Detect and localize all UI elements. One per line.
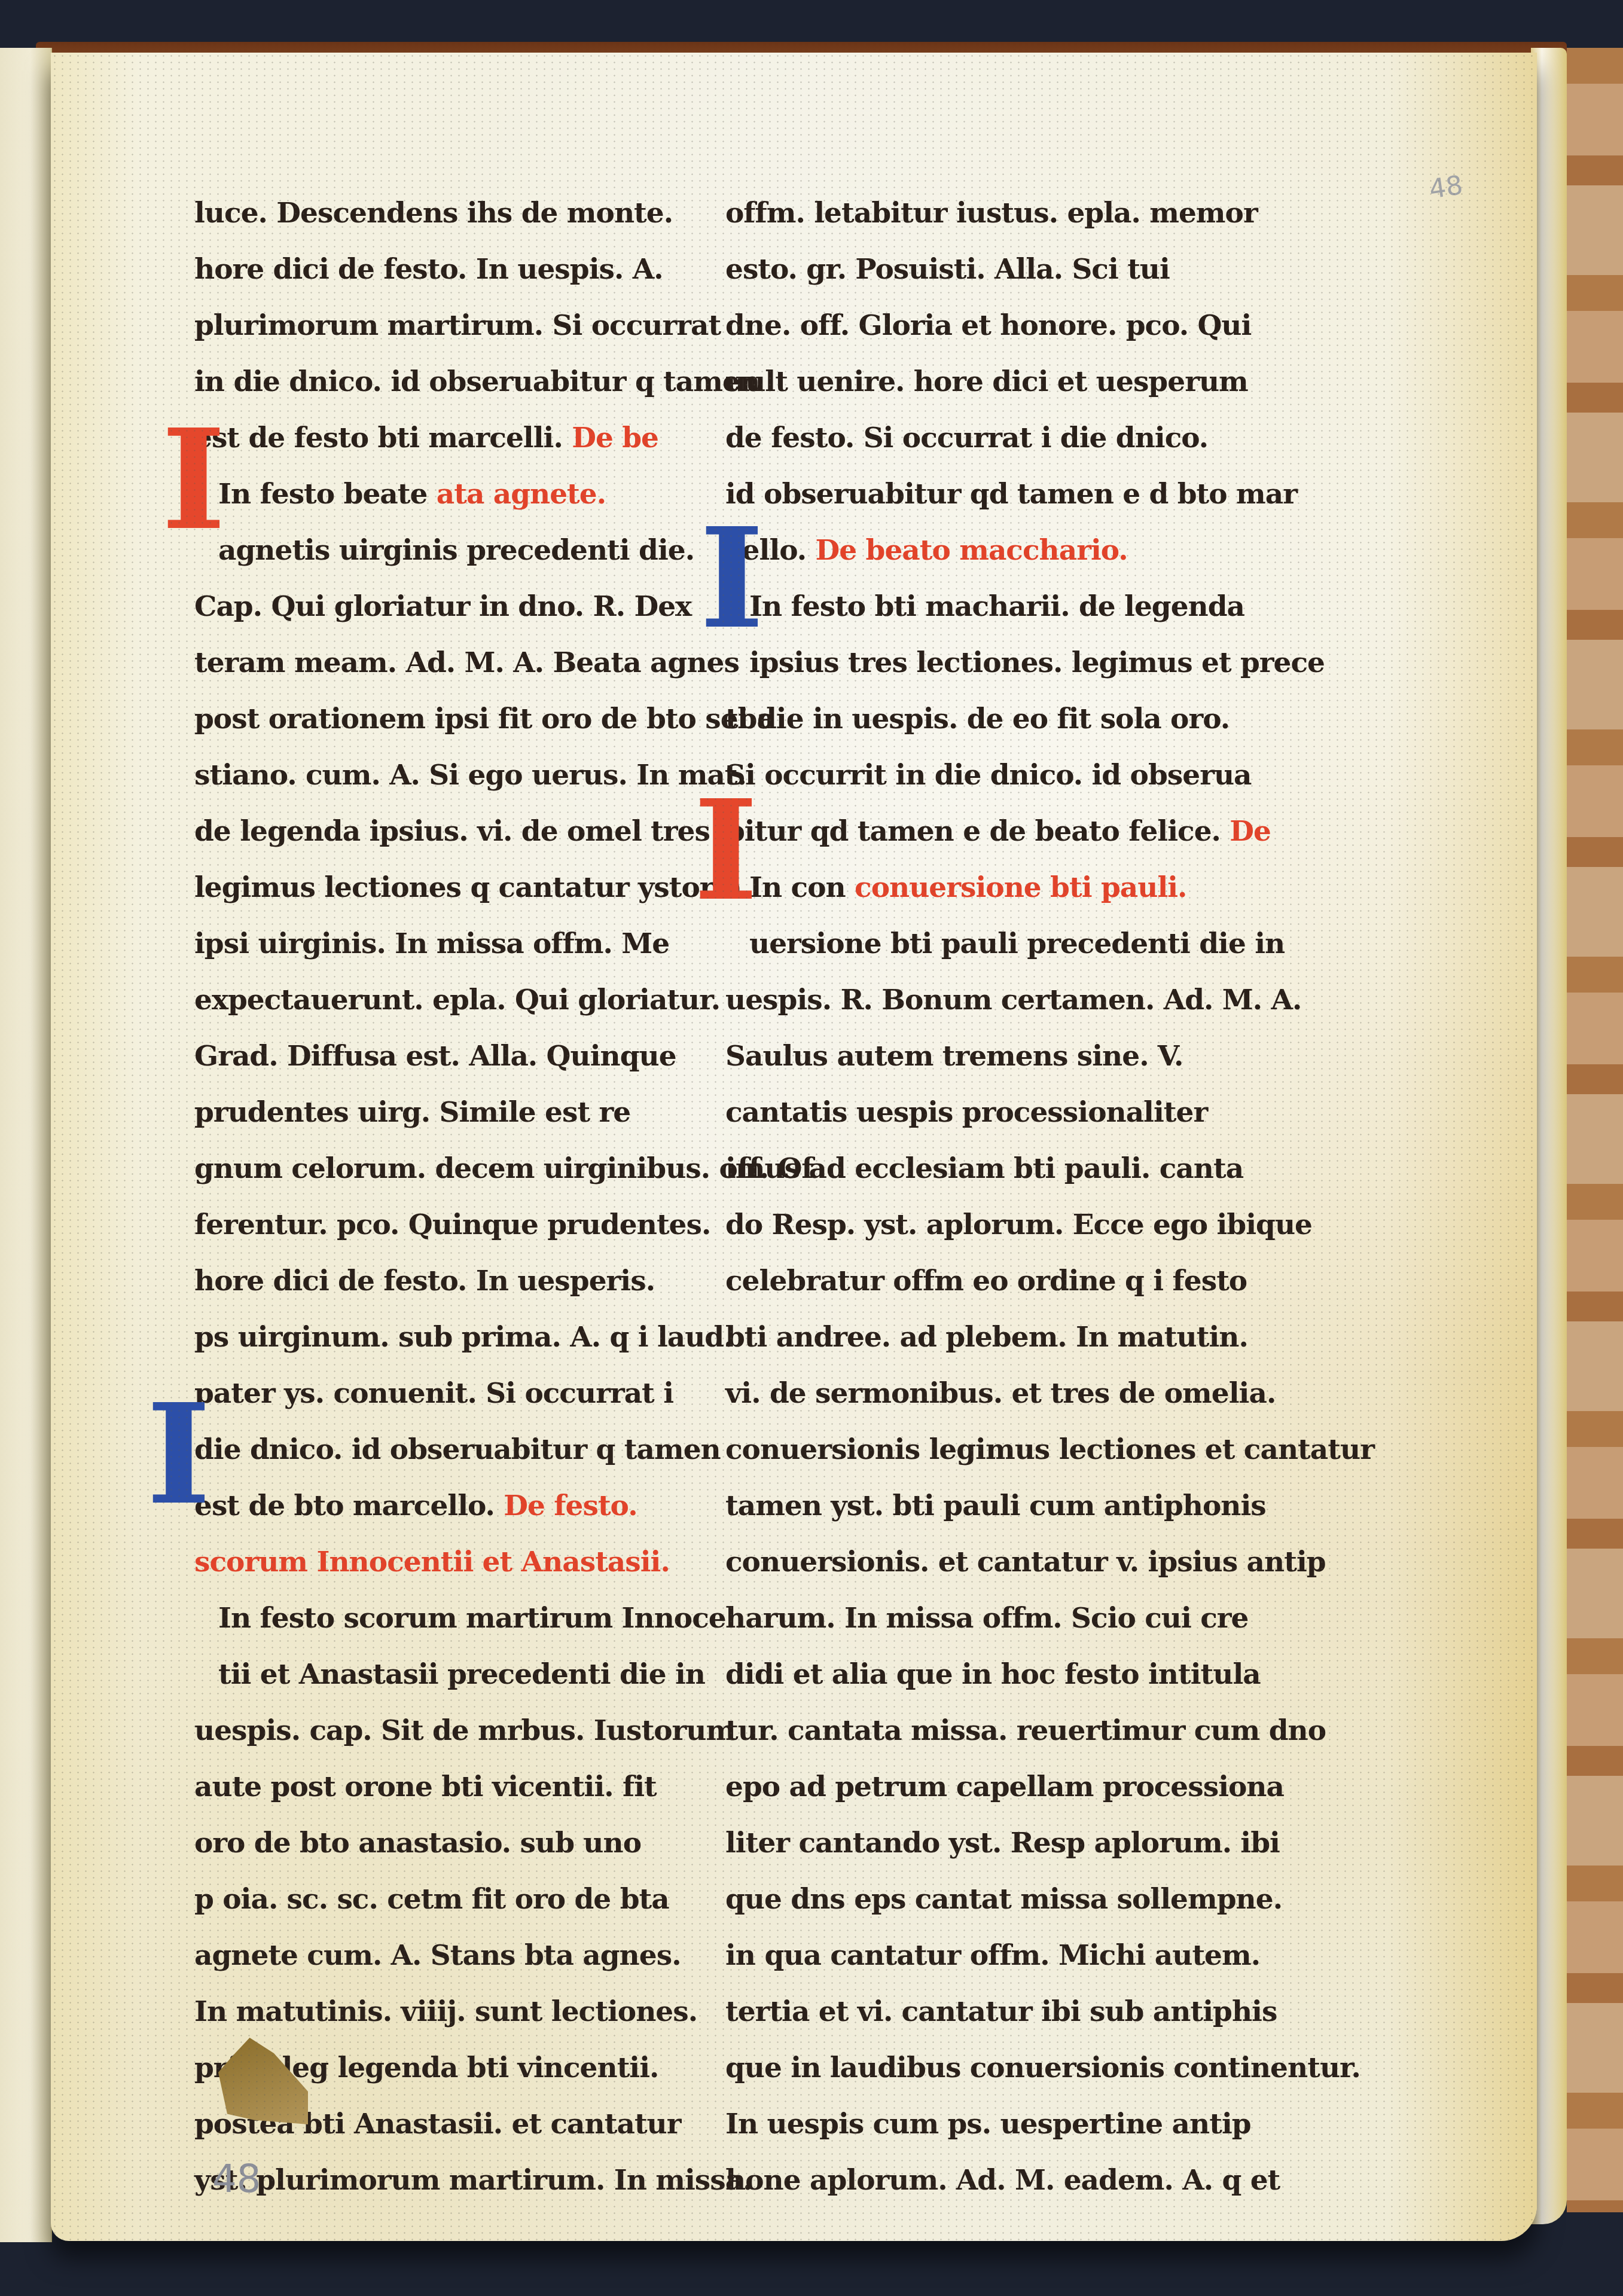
line-text: aute post orone bti vicentii. fit [194, 1770, 657, 1803]
line-text: expectauerunt. epla. Qui gloriatur. [194, 984, 720, 1016]
text-line: celebratur offm eo ordine q i festo [725, 1253, 1252, 1309]
line-text: hone aplorum. Ad. M. eadem. A. q et [725, 2164, 1280, 2197]
text-line: gnum celorum. decem uirginibus. off. Of [194, 1141, 721, 1197]
text-line: est de bto marcello. De festo. [194, 1478, 721, 1534]
text-line: Si occurrit in die dnico. id obserua [725, 747, 1252, 804]
rubric-text: De be [572, 422, 658, 454]
initial-letter-blue: I [147, 1386, 211, 1523]
text-line: conuersionis. et cantatur v. ipsius anti… [725, 1534, 1252, 1590]
line-text: ferentur. pco. Quinque prudentes. [194, 1208, 710, 1241]
line-text: gnum celorum. decem uirginibus. off. Of [194, 1152, 813, 1185]
line-text: Saulus autem tremens sine. V. [725, 1040, 1183, 1073]
foliation-number-top: 48 [1427, 170, 1465, 204]
line-text: hore dici de festo. In uesperis. [194, 1265, 655, 1297]
text-line: que in laudibus conuersionis continentur… [725, 2040, 1252, 2096]
rubric-text: scorum Innocentii et Anastasii. [194, 1546, 670, 1578]
line-text: In festo scorum martirum Innoce [218, 1602, 726, 1635]
line-text: ipsi uirginis. In missa offm. Me [194, 927, 669, 960]
text-line: de legenda ipsius. vi. de omel tres [194, 804, 721, 860]
line-text: Grad. Diffusa est. Alla. Quinque [194, 1040, 676, 1073]
text-line: In matutinis. viiij. sunt lectiones. [194, 1984, 721, 2040]
text-line: que dns eps cantat missa sollempne. [725, 1871, 1252, 1928]
line-text: luce. Descendens ihs de monte. [194, 197, 673, 230]
line-text: bitur qd tamen e de beato felice. [725, 815, 1221, 848]
text-line: est de festo bti marcelli. De be [194, 410, 721, 466]
text-line: epo ad petrum capellam processiona [725, 1759, 1252, 1815]
line-text: yst. plurimorum martirum. In missa. [194, 2164, 752, 2197]
text-line: esto. gr. Posuisti. Alla. Sci tui [725, 242, 1252, 298]
line-text: In matutinis. viiij. sunt lectiones. [194, 1995, 697, 2028]
line-text: imus ad ecclesiam bti pauli. canta [725, 1152, 1243, 1185]
text-line: stiano. cum. A. Si ego uerus. In mat. [194, 747, 721, 804]
line-text: conuersionis. et cantatur v. ipsius anti… [725, 1546, 1326, 1578]
text-line: tamen yst. bti pauli cum antiphonis [725, 1478, 1252, 1534]
text-line: hore dici de festo. In uesperis. [194, 1253, 721, 1309]
text-line: conuersionis legimus lectiones et cantat… [725, 1422, 1252, 1478]
line-text: p oia. sc. sc. cetm fit oro de bta [194, 1883, 669, 1916]
text-line: Cap. Qui gloriatur in dno. R. Dex [194, 579, 721, 635]
line-text: In festo bti macharii. de legenda [749, 590, 1244, 623]
line-text: Si occurrit in die dnico. id obserua [725, 759, 1252, 792]
text-line: ipsi uirginis. In missa offm. Me [194, 916, 721, 972]
initial-letter-red: I [161, 411, 226, 549]
line-text: est de festo bti marcelli. [194, 422, 563, 454]
line-text: uersione bti pauli precedenti die in [749, 927, 1285, 960]
text-line: legimus lectiones q cantatur ystoria. [194, 860, 721, 916]
right-text-column: offm. letabitur iustus. epla. memoresto.… [725, 185, 1252, 2209]
line-text: In festo beate [218, 478, 427, 511]
rubric-text: De beato macchario. [816, 534, 1128, 567]
text-line: scorum Innocentii et Anastasii. [194, 1534, 721, 1590]
line-text: in qua cantatur offm. Michi autem. [725, 1939, 1260, 1972]
text-line: ps uirginum. sub prima. A. q i laud. [194, 1309, 721, 1366]
line-text: post orationem ipsi fit oro de bto seba [194, 703, 774, 735]
line-text: Cap. Qui gloriatur in dno. R. Dex [194, 590, 691, 623]
line-text: hore dici de festo. In uespis. A. [194, 253, 663, 286]
left-text-column: luce. Descendens ihs de monte.hore dici … [194, 185, 721, 2209]
line-text: do Resp. yst. aplorum. Ecce ego ibique [725, 1208, 1312, 1241]
text-line: agnete cum. A. Stans bta agnes. [194, 1928, 721, 1984]
text-line: liter cantando yst. Resp aplorum. ibi [725, 1815, 1252, 1871]
line-text: in die dnico. id obseruabitur q tamen [194, 365, 759, 398]
line-text: tii et Anastasii precedenti die in [218, 1658, 705, 1691]
line-text: vi. de sermonibus. et tres de omelia. [725, 1377, 1276, 1410]
text-line: tii et Anastasii precedenti die in [194, 1647, 721, 1703]
line-text: id obseruabitur qd tamen e d bto mar [725, 478, 1297, 511]
line-text: bti andree. ad plebem. In matutin. [725, 1321, 1248, 1354]
text-line: aute post orone bti vicentii. fit [194, 1759, 721, 1815]
line-text: tertia et vi. cantatur ibi sub antiphis [725, 1995, 1277, 2028]
line-text: ipsius tres lectiones. legimus et prece [749, 646, 1325, 679]
text-line: yst. plurimorum martirum. In missa. [194, 2152, 721, 2209]
text-line: oro de bto anastasio. sub uno [194, 1815, 721, 1871]
line-text: esto. gr. Posuisti. Alla. Sci tui [725, 253, 1170, 286]
text-line: ferentur. pco. Quinque prudentes. [194, 1197, 721, 1253]
text-line: In festo beate ata agnete. [194, 466, 721, 523]
rubric-text: ata agnete. [437, 478, 606, 511]
text-line: expectauerunt. epla. Qui gloriatur. [194, 972, 721, 1028]
text-line: uult uenire. hore dici et uesperum [725, 354, 1252, 410]
text-line: bti andree. ad plebem. In matutin. [725, 1309, 1252, 1366]
line-text: est de bto marcello. [194, 1489, 495, 1522]
text-line: post orationem ipsi fit oro de bto seba [194, 691, 721, 747]
line-text: uult uenire. hore dici et uesperum [725, 365, 1248, 398]
text-line: luce. Descendens ihs de monte. [194, 185, 721, 242]
line-text: conuersionis legimus lectiones et cantat… [725, 1433, 1374, 1466]
line-text: In uespis cum ps. uespertine antip [725, 2108, 1251, 2141]
line-text: uespis. R. Bonum certamen. Ad. M. A. [725, 984, 1301, 1016]
line-text: epo ad petrum capellam processiona [725, 1770, 1284, 1803]
text-line: In uespis cum ps. uespertine antip [725, 2096, 1252, 2152]
line-text: de legenda ipsius. vi. de omel tres [194, 815, 710, 848]
text-line: die dnico. id obseruabitur q tamen [194, 1422, 721, 1478]
text-line: uespis. R. Bonum certamen. Ad. M. A. [725, 972, 1252, 1028]
line-text: ti die in uespis. de eo fit sola oro. [725, 703, 1230, 735]
text-line: In con conuersione bti pauli. [725, 860, 1252, 916]
text-line: ipsius tres lectiones. legimus et prece [725, 635, 1252, 691]
line-text: teram meam. Ad. M. A. Beata agnes [194, 646, 739, 679]
text-line: p oia. sc. sc. cetm fit oro de bta [194, 1871, 721, 1928]
manuscript-page: 48 luce. Descendens ihs de monte.hore di… [51, 53, 1537, 2241]
line-text: que dns eps cantat missa sollempne. [725, 1883, 1282, 1916]
text-line: offm. letabitur iustus. epla. memor [725, 185, 1252, 242]
line-text: harum. In missa offm. Scio cui cre [725, 1602, 1249, 1635]
line-text: tamen yst. bti pauli cum antiphonis [725, 1489, 1266, 1522]
rubric-text: De festo. [504, 1489, 637, 1522]
text-line: hore dici de festo. In uespis. A. [194, 242, 721, 298]
line-text: que in laudibus conuersionis continentur… [725, 2051, 1360, 2084]
line-text: agnetis uirginis precedenti die. [218, 534, 694, 567]
line-text: ps uirginum. sub prima. A. q i laud. [194, 1321, 733, 1354]
text-line: bitur qd tamen e de beato felice. De [725, 804, 1252, 860]
text-line: agnetis uirginis precedenti die. [194, 523, 721, 579]
line-text: pater ys. conuenit. Si occurrat i [194, 1377, 673, 1410]
text-line: uespis. cap. Sit de mrbus. Iustorum [194, 1703, 721, 1759]
text-line: do Resp. yst. aplorum. Ecce ego ibique [725, 1197, 1252, 1253]
facing-page-edge [0, 48, 52, 2242]
text-line: pater ys. conuenit. Si occurrat i [194, 1366, 721, 1422]
text-line: tertia et vi. cantatur ibi sub antiphis [725, 1984, 1252, 2040]
text-line: In festo bti macharii. de legenda [725, 579, 1252, 635]
text-line: in die dnico. id obseruabitur q tamen [194, 354, 721, 410]
text-line: cantatis uespis processionaliter [725, 1085, 1252, 1141]
text-line: in qua cantatur offm. Michi autem. [725, 1928, 1252, 1984]
text-line: cello. De beato macchario. [725, 523, 1252, 579]
text-line: plurimorum martirum. Si occurrat [194, 298, 721, 354]
text-line: dne. off. Gloria et honore. pco. Qui [725, 298, 1252, 354]
line-text: uespis. cap. Sit de mrbus. Iustorum [194, 1714, 735, 1747]
text-line: harum. In missa offm. Scio cui cre [725, 1590, 1252, 1647]
text-line: Grad. Diffusa est. Alla. Quinque [194, 1028, 721, 1085]
text-line: ti die in uespis. de eo fit sola oro. [725, 691, 1252, 747]
line-text: de festo. Si occurrat i die dnico. [725, 422, 1208, 454]
rubric-text: conuersione bti pauli. [855, 871, 1186, 904]
text-line: Saulus autem tremens sine. V. [725, 1028, 1252, 1085]
line-text: agnete cum. A. Stans bta agnes. [194, 1939, 681, 1972]
line-text: liter cantando yst. Resp aplorum. ibi [725, 1827, 1280, 1860]
line-text: legimus lectiones q cantatur ystoria. [194, 871, 751, 904]
line-text: plurimorum martirum. Si occurrat [194, 309, 721, 342]
text-line: teram meam. Ad. M. A. Beata agnes [194, 635, 721, 691]
initial-letter-blue: I [700, 510, 764, 648]
text-line: uersione bti pauli precedenti die in [725, 916, 1252, 972]
line-text: die dnico. id obseruabitur q tamen [194, 1433, 721, 1466]
line-text: oro de bto anastasio. sub uno [194, 1827, 641, 1860]
line-text: tur. cantata missa. reuertimur cum dno [725, 1714, 1326, 1747]
line-text: celebratur offm eo ordine q i festo [725, 1265, 1247, 1297]
line-text: dne. off. Gloria et honore. pco. Qui [725, 309, 1251, 342]
initial-letter-red: I [694, 782, 758, 920]
text-line: tur. cantata missa. reuertimur cum dno [725, 1703, 1252, 1759]
foliation-number-bottom: 48 [212, 2157, 261, 2202]
line-text: stiano. cum. A. Si ego uerus. In mat. [194, 759, 746, 792]
text-line: de festo. Si occurrat i die dnico. [725, 410, 1252, 466]
line-text: prudentes uirg. Simile est re [194, 1096, 630, 1129]
text-line: didi et alia que in hoc festo intitula [725, 1647, 1252, 1703]
text-line: prudentes uirg. Simile est re [194, 1085, 721, 1141]
text-line: id obseruabitur qd tamen e d bto mar [725, 466, 1252, 523]
book-board [1567, 48, 1623, 2212]
text-line: imus ad ecclesiam bti pauli. canta [725, 1141, 1252, 1197]
line-text: didi et alia que in hoc festo intitula [725, 1658, 1261, 1691]
rubric-text: De [1230, 815, 1271, 848]
line-text: In con [749, 871, 846, 904]
text-line: In festo scorum martirum Innoce [194, 1590, 721, 1647]
text-line: vi. de sermonibus. et tres de omelia. [725, 1366, 1252, 1422]
line-text: cantatis uespis processionaliter [725, 1096, 1207, 1129]
line-text: offm. letabitur iustus. epla. memor [725, 197, 1258, 230]
text-line: hone aplorum. Ad. M. eadem. A. q et [725, 2152, 1252, 2209]
